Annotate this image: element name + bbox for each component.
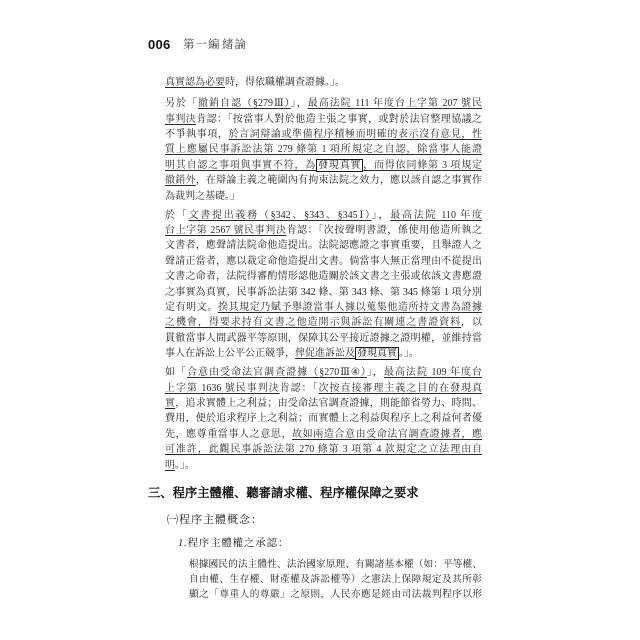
text-run: 肯認：「按當事人對於他造主張之事實，或對於法官整理協議之	[196, 114, 482, 125]
part-label: 第一編	[183, 37, 221, 53]
underlined-text: 揆其規定乃賦予舉證當事人據以蒐集他造所持文書為證據	[218, 302, 482, 313]
text-line: 之機會，得要求持有文書之他造開示與訴訟有關連之書證資料，以	[165, 315, 482, 330]
text-line: 質上應屬民事訴訟法第 279 條第 1 項所規定之自認，除當事人能證	[165, 142, 482, 157]
text-line: 自由權、生存權、財產權及訴訟權等）之憲法上保障規定及其所彰	[189, 572, 482, 587]
text-line: 真實認為必要時，得依職權調查證據。」。	[165, 75, 482, 90]
underlined-text: 撤銷外	[165, 175, 196, 186]
text-line: 之事實為真實，民事訴訟法第 342 條、第 343 條、第 345 條第 1 項…	[165, 285, 482, 300]
text-run: 文書者，應聲請法院命他造提出。法院認應證之事實重要，且舉證人之	[165, 240, 482, 251]
paragraph-continuation: 真實認為必要時，得依職權調查證據。」。	[165, 75, 482, 90]
text-run: 」，	[372, 210, 390, 221]
paragraph-document-production-duty: 於「文書提出義務（§342、§343、§345Ⅰ）」，最高法院 110 年度 台…	[165, 208, 482, 362]
underlined-text: 合意由受命法官調查證據（§270Ⅲ④）	[187, 367, 367, 378]
text-line: 實，追求實體上之利益；由受命法官調查證據，則能節省勞力、時間、	[165, 396, 482, 411]
text-run: 貫徹當事人間武器平等原則，保障其公平接近證據之證明權，並維持當	[165, 333, 482, 344]
underlined-text: 最高法院 110 年度	[390, 210, 482, 221]
text-run: 自由權、生存權、財產權及訴訟權等）之憲法上保障規定及其所彰	[189, 574, 482, 585]
text-run: 」，	[291, 98, 308, 109]
text-run: 文書之命者，法院得審酌情形認他造關於該文書之主張或依該文書應證	[165, 271, 482, 282]
underlined-text: 明	[165, 460, 175, 471]
paragraph-procedural-subject-rights: 根據國民的法主體性、法治國家原理、有關諸基本權（如：平等權、 自由權、生存權、財…	[189, 557, 482, 603]
text-run: 費用，便於追求程序上之利益；而實體上之利益與程序上之利益何者優	[165, 413, 482, 424]
underlined-text: 明其自認之事項與事實不符，為	[165, 160, 316, 171]
text-run: 」，	[367, 367, 384, 378]
paragraph-commissioned-judge-evidence: 如「合意由受命法官調查證據（§270Ⅲ④）」，最高法院 109 年度台 上字第 …	[165, 365, 482, 473]
text-run: 定有明文。	[165, 302, 218, 313]
text-line: 明。」。	[165, 458, 482, 473]
underlined-text: 之機會，得要求持有文書之他造開示與訴訟有關連之書證資料	[165, 317, 461, 328]
text-line: 定有明文。揆其規定乃賦予舉證當事人據以蒐集他造所持文書為證據	[165, 300, 482, 315]
text-run: 肯認：「	[280, 383, 319, 394]
underlined-text: 最高法院 109 年度台	[384, 367, 482, 378]
text-line: 另於「撤銷自認（§279Ⅲ）」，最高法院 111 年度台上字第 207 號民	[165, 96, 482, 111]
underlined-text: 真實認為必要	[165, 77, 225, 88]
chapter-title: 緒論	[222, 37, 247, 53]
boxed-text: 發現真實	[316, 159, 363, 172]
text-line: 如「合意由受命法官調查證據（§270Ⅲ④）」，最高法院 109 年度台	[165, 365, 482, 380]
text-line: 上字第 1636 號民事判決肯認：「次按直接審理主義之目的在發現真	[165, 381, 482, 396]
text-line: 文書之命者，法院得審酌情形認他造關於該文書之主張或依該文書應證	[165, 269, 482, 284]
text-line: 聲請正當者，應以裁定命他造提出文書。倘當事人無正當理由不從提出	[165, 254, 482, 269]
text-line: 先，應尊重當事人之意思，故如兩造合意由受命法官調查證據者，應	[165, 427, 482, 442]
underlined-text: ，而得依同條第 3 項規定	[363, 160, 482, 171]
underlined-text: 可准許，此觀民事訴訟法第 270 條第 3 項第 4 款規定之立法理由自	[165, 444, 482, 455]
text-line: 可准許，此觀民事訴訟法第 270 條第 3 項第 4 款規定之立法理由自	[165, 442, 482, 457]
text-line: 費用，便於追求程序上之利益；而實體上之利益與程序上之利益何者優	[165, 411, 482, 426]
text-run: 」之原則，人民亦應是經由司法裁判程序以形	[280, 589, 482, 600]
underlined-text: 台上字第 2567 號民事判決	[165, 225, 286, 236]
subsection-heading: ㈠程序主體概念：	[167, 512, 263, 528]
text-line: 事判決肯認：「按當事人對於他造主張之事實，或對於法官整理協議之	[165, 112, 482, 127]
text-line: 文書者，應聲請法院命他造提出。法院認應證之事實重要，且舉證人之	[165, 238, 482, 253]
quoted-term: 尊重人的尊嚴	[219, 589, 280, 600]
text-run: 之事實為真實，民事訴訟法第 342 條、第 343 條、第 345 條第 1 項…	[165, 287, 482, 298]
text-run: 。」。	[399, 348, 419, 359]
text-line: 顯之「尊重人的尊嚴」之原則，人民亦應是經由司法裁判程序以形	[189, 587, 482, 602]
text-run: 另於「	[165, 98, 198, 109]
text-run: ，在辯論主義之範圍內有拘束法院之效力，應以該自認之事實作	[196, 175, 482, 186]
underlined-text: 俾促進訴訟及	[295, 348, 355, 359]
underlined-text: 最高法院 111 年度台上字第 207 號民	[308, 98, 482, 109]
section-heading: 三、程序主體權、聽審請求權、程序權保障之要求	[148, 485, 419, 502]
text-run: 事人在訴訟上公平公正競爭，	[165, 348, 295, 359]
text-run: 為裁判之基礎。」	[165, 191, 240, 202]
underlined-text: 於言詞辯論或準備程序積極而明確的表示沒有意見，性	[229, 129, 482, 140]
text-line: 貫徹當事人間武器平等原則，保障其公平接近證據之證明權，並維持當	[165, 331, 482, 346]
text-run: 。」。	[175, 460, 195, 471]
underlined-text: 文書提出義務（§342、§343、§345Ⅰ）	[188, 210, 371, 221]
text-run: ，以	[461, 317, 482, 328]
underlined-text: 撤銷自認（§279Ⅲ）	[198, 98, 291, 109]
text-line: 台上字第 2567 號民事判決肯認：「次按聲明書證，係使用他造所執之	[165, 223, 482, 238]
text-line: 為裁判之基礎。」	[165, 189, 482, 204]
text-line: 明其自認之事項與事實不符，為發現真實，而得依同條第 3 項規定	[165, 158, 482, 173]
underlined-text: 事判決	[165, 114, 196, 125]
text-run: 時，得依職權調查證據。」。	[225, 77, 345, 88]
text-run: 聲請正當者，應以裁定命他造提出文書。倘當事人無正當理由不從提出	[165, 256, 482, 267]
text-run: ，追求實體上之利益；由受命法官調查證據，則能節省勞力、時間、	[175, 398, 482, 409]
underlined-text: 實	[165, 398, 175, 409]
underlined-text: 故如兩造合意由受命法官調查證據者，應	[292, 429, 482, 440]
text-run: 不爭執事項，	[165, 129, 229, 140]
item-heading: 1.程序主體權之承認：	[178, 536, 289, 552]
underlined-text: 次按直接審理主義之目的在發現真	[319, 383, 483, 394]
text-run: 根據國民的法主體性、法治國家原理、有關諸基本權（如：平等權、	[189, 559, 482, 570]
text-run: 顯之「	[189, 589, 219, 600]
text-line: 不爭執事項，於言詞辯論或準備程序積極而明確的表示沒有意見，性	[165, 127, 482, 142]
page-number: 006	[148, 37, 171, 53]
item-title: 程序主體權之承認：	[187, 538, 289, 549]
text-run: 先，應尊重當事人之意思，	[165, 429, 292, 440]
text-run: 於「	[165, 210, 188, 221]
paragraph-withdrawal-of-admission: 另於「撤銷自認（§279Ⅲ）」，最高法院 111 年度台上字第 207 號民 事…	[165, 96, 482, 204]
underlined-text: 上字第 1636 號民事判決	[165, 383, 280, 394]
text-line: 撤銷外，在辯論主義之範圍內有拘束法院之效力，應以該自認之事實作	[165, 173, 482, 188]
text-line: 根據國民的法主體性、法治國家原理、有關諸基本權（如：平等權、	[189, 557, 482, 572]
boxed-text: 發現真實	[355, 347, 399, 360]
text-line: 於「文書提出義務（§342、§343、§345Ⅰ）」，最高法院 110 年度	[165, 208, 482, 223]
underlined-text: 質上應屬民事訴訟法第 279 條第 1 項所規定之自認，除當事人能證	[165, 144, 482, 155]
text-line: 事人在訴訟上公平公正競爭，俾促進訴訟及發現真實。」。	[165, 346, 482, 361]
text-run: 如「	[165, 367, 187, 378]
text-run: 肯認：「次按聲明書證，係使用他造所執之	[286, 225, 482, 236]
